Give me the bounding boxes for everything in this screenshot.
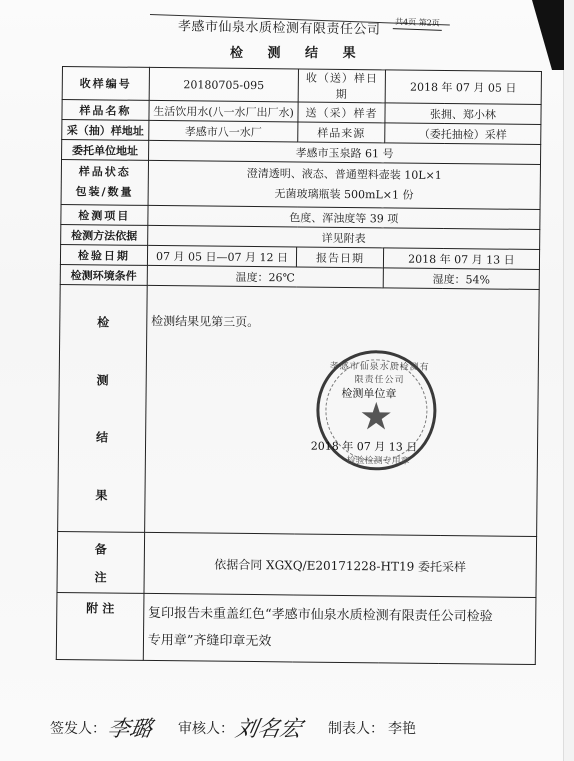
label-sampling-address: 采（抽）样地址 <box>62 120 149 141</box>
star-icon: ★ <box>359 397 393 435</box>
value-sample-source: （委托抽检）采样 <box>385 123 541 145</box>
results-char-2: 测 <box>97 371 109 388</box>
label-report-date: 报告日期 <box>297 247 384 268</box>
results-content: 检测结果见第三页。 孝感市仙泉水质检测有限责任公司 检测单位章 ★ 检验检测专用… <box>144 285 539 536</box>
official-seal: 孝感市仙泉水质检测有限责任公司 检测单位章 ★ 检验检测专用章 2018 年 0… <box>316 350 437 471</box>
row-sample-no: 收样编号 20180705-095 收（送）样日期 2018 年 07 月 05… <box>62 67 541 105</box>
seal-bottom-text: 检验检测专用章 <box>347 453 410 467</box>
label-receive-date: 收（送）样日期 <box>298 69 385 103</box>
seal-arc-text: 孝感市仙泉水质检测有限责任公司 <box>329 359 429 386</box>
label-results: 检 测 结 果 <box>58 284 147 532</box>
label-test-date: 检验日期 <box>60 244 147 265</box>
label-sample-state: 样品状态 包装/数量 <box>61 160 148 206</box>
value-humidity: 湿度：54% <box>383 268 539 290</box>
label-environment: 检测环境条件 <box>60 264 147 285</box>
seal-date: 2018 年 07 月 13 日 <box>311 438 461 456</box>
results-text: 检测结果见第三页。 <box>151 312 259 330</box>
reviewer-signature: 刘名宏 <box>233 712 304 743</box>
page-edge <box>563 0 574 761</box>
label-sample-state-2: 包装/数量 <box>64 182 146 203</box>
preparer-name: 李艳 <box>388 718 416 738</box>
label-test-items: 检测项目 <box>61 204 148 225</box>
results-char-1: 检 <box>97 314 109 331</box>
preparer-label: 制表人： <box>328 718 384 738</box>
appendix-content: 复印报告未重盖红色“孝感市仙泉水质检测有限责任公司检验 专用章”齐缝印章无效 <box>143 593 536 664</box>
issuer-label: 签发人： <box>50 718 106 738</box>
label-appendix: 附 注 <box>56 592 144 660</box>
value-sample-state-2: 无菌玻璃瓶装 500mL×1 份 <box>150 183 537 207</box>
label-sample-state-1: 样品状态 <box>64 162 146 183</box>
remarks-char-1: 备 <box>95 540 107 557</box>
row-results: 检 测 结 果 检测结果见第三页。 孝感市仙泉水质检测有限责任公司 检测单位章 … <box>58 284 540 536</box>
remarks-char-2: 注 <box>94 568 106 585</box>
issuer-signature: 李璐 <box>105 712 154 743</box>
appendix-line-2: 专用章”齐缝印章无效 <box>148 627 533 658</box>
label-sample-no: 收样编号 <box>62 67 149 101</box>
row-remarks: 备 注 依据合同 XGXQ/E20171228-HT19 委托采样 <box>57 531 537 597</box>
scan-shadow <box>524 0 564 70</box>
value-report-date: 2018 年 07 月 13 日 <box>383 248 539 270</box>
value-temperature: 温度：26℃ <box>147 265 383 287</box>
remarks-text: 依据合同 XGXQ/E20171228-HT19 委托采样 <box>144 532 537 597</box>
value-sampler: 张拥、郑小林 <box>385 103 541 125</box>
value-sample-state: 澄清透明、液态、普通塑料壶装 10L×1 无菌玻璃瓶装 500mL×1 份 <box>148 160 541 209</box>
label-sample-name: 样品名称 <box>62 100 149 121</box>
row-sample-state: 样品状态 包装/数量 澄清透明、液态、普通塑料壶装 10L×1 无菌玻璃瓶装 5… <box>61 160 540 210</box>
value-sampling-address: 孝感市八一水厂 <box>149 120 299 142</box>
value-receive-date: 2018 年 07 月 05 日 <box>385 70 541 105</box>
reviewer-label: 审核人： <box>178 718 234 738</box>
value-sample-name: 生活饮用水(八一水厂出厂水) <box>149 100 299 122</box>
label-sample-source: 样品来源 <box>298 122 385 143</box>
report-table: 收样编号 20180705-095 收（送）样日期 2018 年 07 月 05… <box>56 66 542 665</box>
label-client-address: 委托单位地址 <box>62 140 149 161</box>
results-char-4: 果 <box>95 486 107 503</box>
company-name: 孝感市仙泉水质检测有限责任公司 <box>178 15 381 38</box>
document-title: 检 测 结 果 <box>230 42 366 61</box>
results-char-3: 结 <box>96 429 108 446</box>
appendix-line-1: 复印报告未重盖红色“孝感市仙泉水质检测有限责任公司检验 <box>148 600 533 631</box>
report-page: 孝感市仙泉水质检测有限责任公司 共4页 第2页 检 测 结 果 收样编号 201… <box>0 0 574 761</box>
row-appendix: 附 注 复印报告未重盖红色“孝感市仙泉水质检测有限责任公司检验 专用章”齐缝印章… <box>56 592 536 664</box>
label-sampler: 送（采）样者 <box>298 102 385 123</box>
label-remarks: 备 注 <box>57 531 144 593</box>
page-count: 共4页 第2页 <box>393 16 442 31</box>
signature-row: 签发人： 李璐 审核人： 刘名宏 制表人： 李艳 <box>50 712 550 743</box>
label-test-method: 检测方法依据 <box>61 224 148 245</box>
value-sample-no: 20180705-095 <box>149 67 299 102</box>
value-test-date: 07 月 05 日—07 月 12 日 <box>147 245 297 267</box>
